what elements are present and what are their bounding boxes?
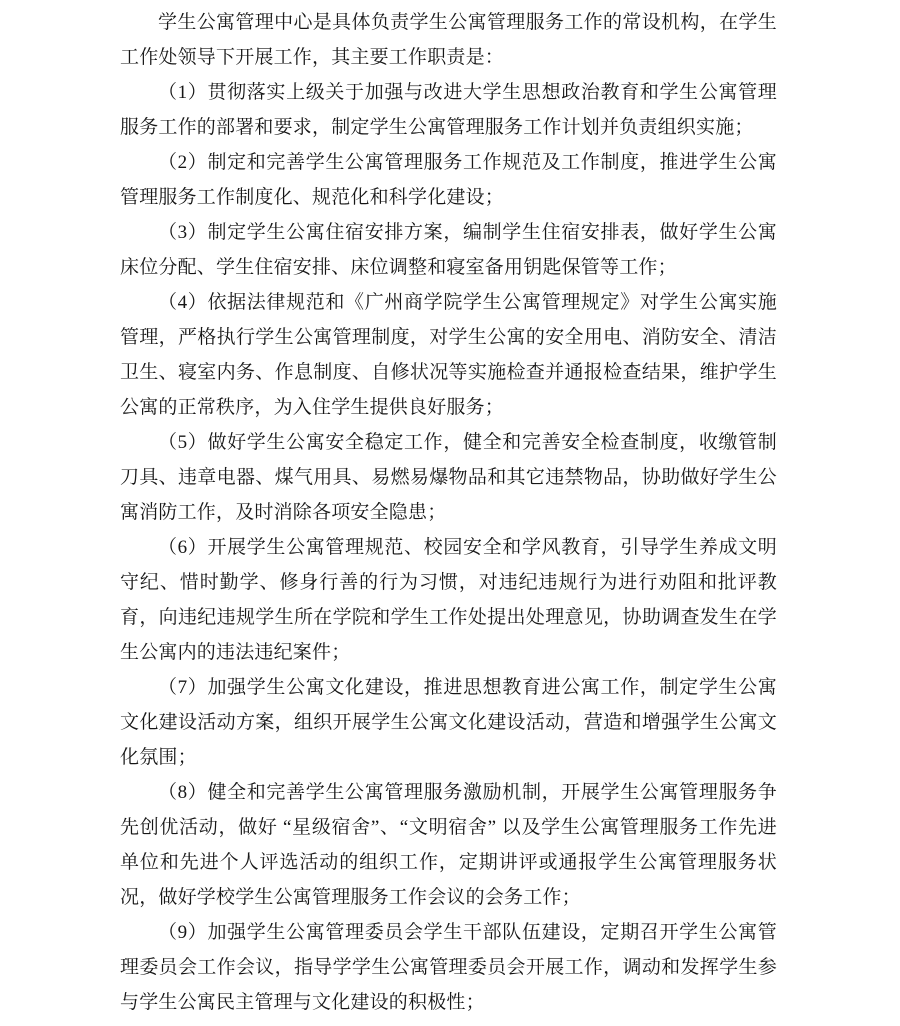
duty-item-paragraph: （6）开展学生公寓管理规范、校园安全和学风教育，引导学生养成文明守纪、惜时勤学、…: [120, 530, 777, 670]
duty-item-paragraph: （8）健全和完善学生公寓管理服务激励机制，开展学生公寓管理服务争先创优活动，做好…: [120, 775, 777, 915]
document-body: 学生公寓管理中心是具体负责学生公寓管理服务工作的常设机构，在学生工作处领导下开展…: [0, 0, 900, 1020]
duty-item-paragraph: （2）制定和完善学生公寓管理服务工作规范及工作制度，推进学生公寓管理服务工作制度…: [120, 145, 777, 215]
document-page: 学生公寓管理中心是具体负责学生公寓管理服务工作的常设机构，在学生工作处领导下开展…: [0, 0, 900, 1026]
duty-item-paragraph: （3）制定学生公寓住宿安排方案，编制学生住宿安排表，做好学生公寓床位分配、学生住…: [120, 215, 777, 285]
duty-item-paragraph: （5）做好学生公寓安全稳定工作，健全和完善安全检查制度，收缴管制刀具、违章电器、…: [120, 425, 777, 530]
duty-item-paragraph: （4）依据法律规范和《广州商学院学生公寓管理规定》对学生公寓实施管理，严格执行学…: [120, 285, 777, 425]
intro-paragraph: 学生公寓管理中心是具体负责学生公寓管理服务工作的常设机构，在学生工作处领导下开展…: [120, 5, 777, 75]
duty-item-paragraph: （1）贯彻落实上级关于加强与改进大学生思想政治教育和学生公寓管理服务工作的部署和…: [120, 75, 777, 145]
duty-item-paragraph: （7）加强学生公寓文化建设，推进思想教育进公寓工作，制定学生公寓文化建设活动方案…: [120, 670, 777, 775]
duty-item-paragraph: （9）加强学生公寓管理委员会学生干部队伍建设，定期召开学生公寓管理委员会工作会议…: [120, 915, 777, 1020]
